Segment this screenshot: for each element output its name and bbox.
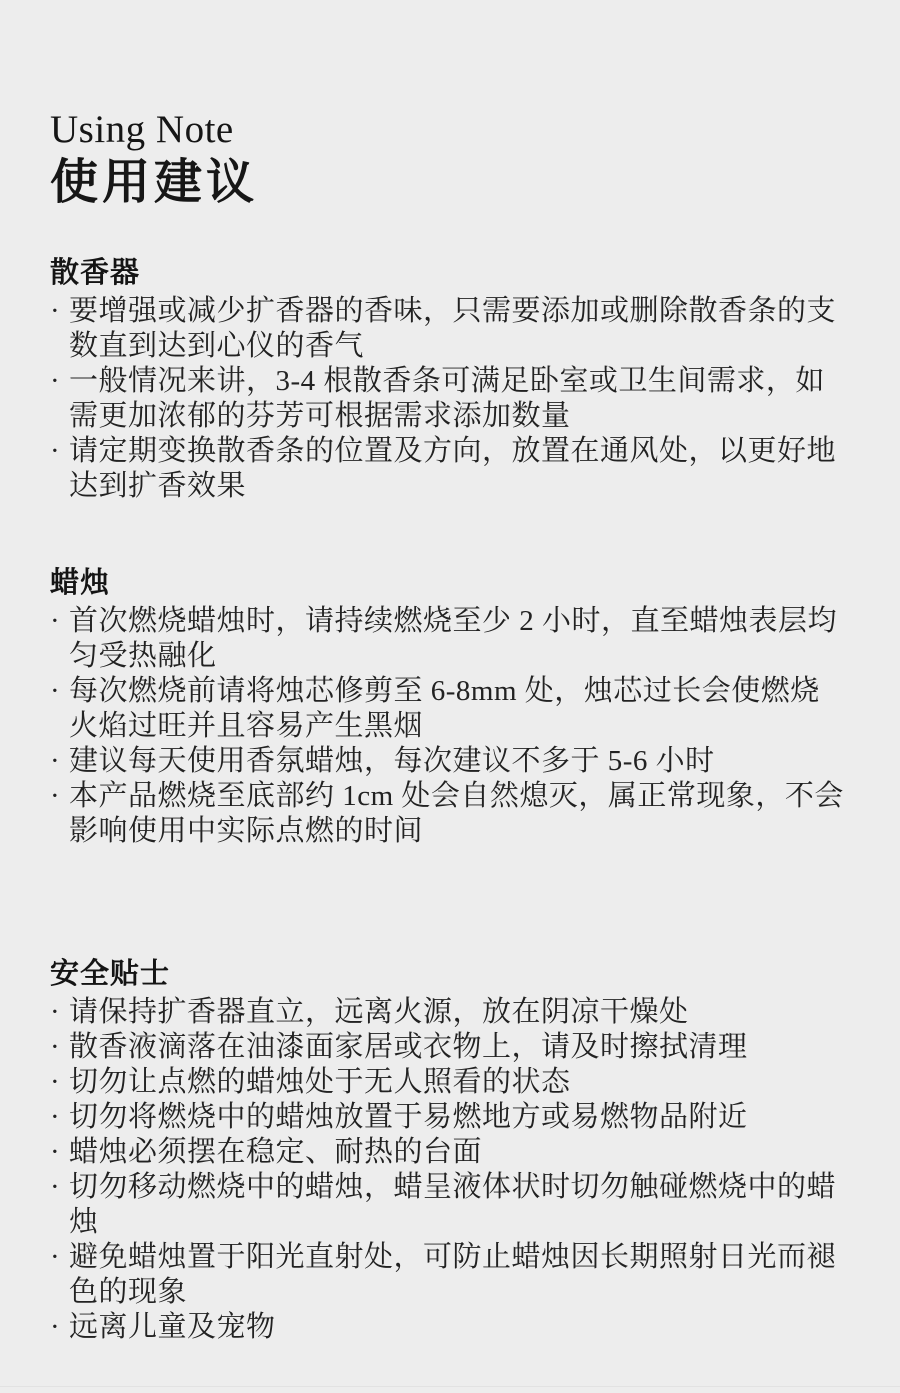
bullet-dot: · xyxy=(50,1100,64,1135)
section-candle: 蜡烛 ·首次燃烧蜡烛时，请持续燃烧至少 2 小时，直至蜡烛表层均匀受热融化 ·每… xyxy=(50,566,850,849)
section-safety-tips: 安全贴士 ·请保持扩香器直立，远离火源，放在阴凉干燥处 ·散香液滴落在油漆面家居… xyxy=(50,957,850,1345)
bullet-dot: · xyxy=(50,434,64,469)
bullet-dot: · xyxy=(50,1135,64,1170)
note-list-safety: ·请保持扩香器直立，远离火源，放在阴凉干燥处 ·散香液滴落在油漆面家居或衣物上，… xyxy=(50,995,845,1345)
product-note-page: { "page": { "background_color": "#ededed… xyxy=(0,0,900,1393)
page-title-english: Using Note xyxy=(50,110,850,150)
note-item: ·一般情况来讲，3-4 根散香条可满足卧室或卫生间需求，如需更加浓郁的芬芳可根据… xyxy=(50,364,845,434)
note-item: ·散香液滴落在油漆面家居或衣物上，请及时擦拭清理 xyxy=(50,1030,845,1065)
note-item: ·每次燃烧前请将烛芯修剪至 6-8mm 处，烛芯过长会使燃烧火焰过旺并且容易产生… xyxy=(50,674,845,744)
note-item: ·避免蜡烛置于阳光直射处，可防止蜡烛因长期照射日光而褪色的现象 xyxy=(50,1240,845,1310)
note-item: ·请保持扩香器直立，远离火源，放在阴凉干燥处 xyxy=(50,995,845,1030)
bullet-dot: · xyxy=(50,1065,64,1100)
bullet-dot: · xyxy=(50,1310,64,1345)
note-item: ·切勿移动燃烧中的蜡烛，蜡呈液体状时切勿触碰燃烧中的蜡烛 xyxy=(50,1170,845,1240)
note-text: 切勿移动燃烧中的蜡烛，蜡呈液体状时切勿触碰燃烧中的蜡烛 xyxy=(69,1171,836,1238)
page-content: Using Note 使用建议 散香器 ·要增强或减少扩香器的香味，只需要添加或… xyxy=(0,0,900,1345)
page-title-chinese: 使用建议 xyxy=(50,156,850,210)
note-item: ·要增强或减少扩香器的香味，只需要添加或删除散香条的支数直到达到心仪的香气 xyxy=(50,294,845,364)
bullet-dot: · xyxy=(50,1170,64,1205)
note-text: 建议每天使用香氛蜡烛，每次建议不多于 5-6 小时 xyxy=(69,745,715,777)
note-text: 避免蜡烛置于阳光直射处，可防止蜡烛因长期照射日光而褪色的现象 xyxy=(69,1241,836,1308)
note-text: 首次燃烧蜡烛时，请持续燃烧至少 2 小时，直至蜡烛表层均匀受热融化 xyxy=(69,605,837,672)
bullet-dot: · xyxy=(50,779,64,814)
note-text: 每次燃烧前请将烛芯修剪至 6-8mm 处，烛芯过长会使燃烧火焰过旺并且容易产生黑… xyxy=(69,675,820,742)
note-text: 蜡烛必须摆在稳定、耐热的台面 xyxy=(69,1136,482,1168)
note-item: ·切勿让点燃的蜡烛处于无人照看的状态 xyxy=(50,1065,845,1100)
bullet-dot: · xyxy=(50,1030,64,1065)
section-heading-diffuser: 散香器 xyxy=(50,256,850,291)
bullet-dot: · xyxy=(50,364,64,399)
note-list-diffuser: ·要增强或减少扩香器的香味，只需要添加或删除散香条的支数直到达到心仪的香气 ·一… xyxy=(50,294,845,504)
bullet-dot: · xyxy=(50,674,64,709)
note-text: 本产品燃烧至底部约 1cm 处会自然熄灭，属正常现象，不会影响使用中实际点燃的时… xyxy=(69,780,844,847)
bullet-dot: · xyxy=(50,1240,64,1275)
section-diffuser: 散香器 ·要增强或减少扩香器的香味，只需要添加或删除散香条的支数直到达到心仪的香… xyxy=(50,256,850,504)
note-text: 一般情况来讲，3-4 根散香条可满足卧室或卫生间需求，如需更加浓郁的芬芳可根据需… xyxy=(69,365,825,432)
note-item: ·首次燃烧蜡烛时，请持续燃烧至少 2 小时，直至蜡烛表层均匀受热融化 xyxy=(50,604,845,674)
note-list-candle: ·首次燃烧蜡烛时，请持续燃烧至少 2 小时，直至蜡烛表层均匀受热融化 ·每次燃烧… xyxy=(50,604,845,849)
note-text: 切勿让点燃的蜡烛处于无人照看的状态 xyxy=(69,1066,571,1098)
note-text: 散香液滴落在油漆面家居或衣物上，请及时擦拭清理 xyxy=(69,1031,748,1063)
note-text: 远离儿童及宠物 xyxy=(69,1311,276,1343)
bullet-dot: · xyxy=(50,744,64,779)
section-heading-safety: 安全贴士 xyxy=(50,957,850,992)
bullet-dot: · xyxy=(50,294,64,329)
note-item: ·切勿将燃烧中的蜡烛放置于易燃地方或易燃物品附近 xyxy=(50,1100,845,1135)
note-item: ·本产品燃烧至底部约 1cm 处会自然熄灭，属正常现象，不会影响使用中实际点燃的… xyxy=(50,779,845,849)
note-text: 请保持扩香器直立，远离火源，放在阴凉干燥处 xyxy=(69,996,689,1028)
note-item: ·建议每天使用香氛蜡烛，每次建议不多于 5-6 小时 xyxy=(50,744,845,779)
note-text: 切勿将燃烧中的蜡烛放置于易燃地方或易燃物品附近 xyxy=(69,1101,748,1133)
section-heading-candle: 蜡烛 xyxy=(50,566,850,601)
note-item: ·请定期变换散香条的位置及方向，放置在通风处，以更好地达到扩香效果 xyxy=(50,434,845,504)
section-divider xyxy=(0,1386,900,1387)
note-item: ·远离儿童及宠物 xyxy=(50,1310,845,1345)
bullet-dot: · xyxy=(50,995,64,1030)
bullet-dot: · xyxy=(50,604,64,639)
note-text: 要增强或减少扩香器的香味，只需要添加或删除散香条的支数直到达到心仪的香气 xyxy=(69,295,836,362)
note-item: ·蜡烛必须摆在稳定、耐热的台面 xyxy=(50,1135,845,1170)
note-text: 请定期变换散香条的位置及方向，放置在通风处，以更好地达到扩香效果 xyxy=(69,435,836,502)
